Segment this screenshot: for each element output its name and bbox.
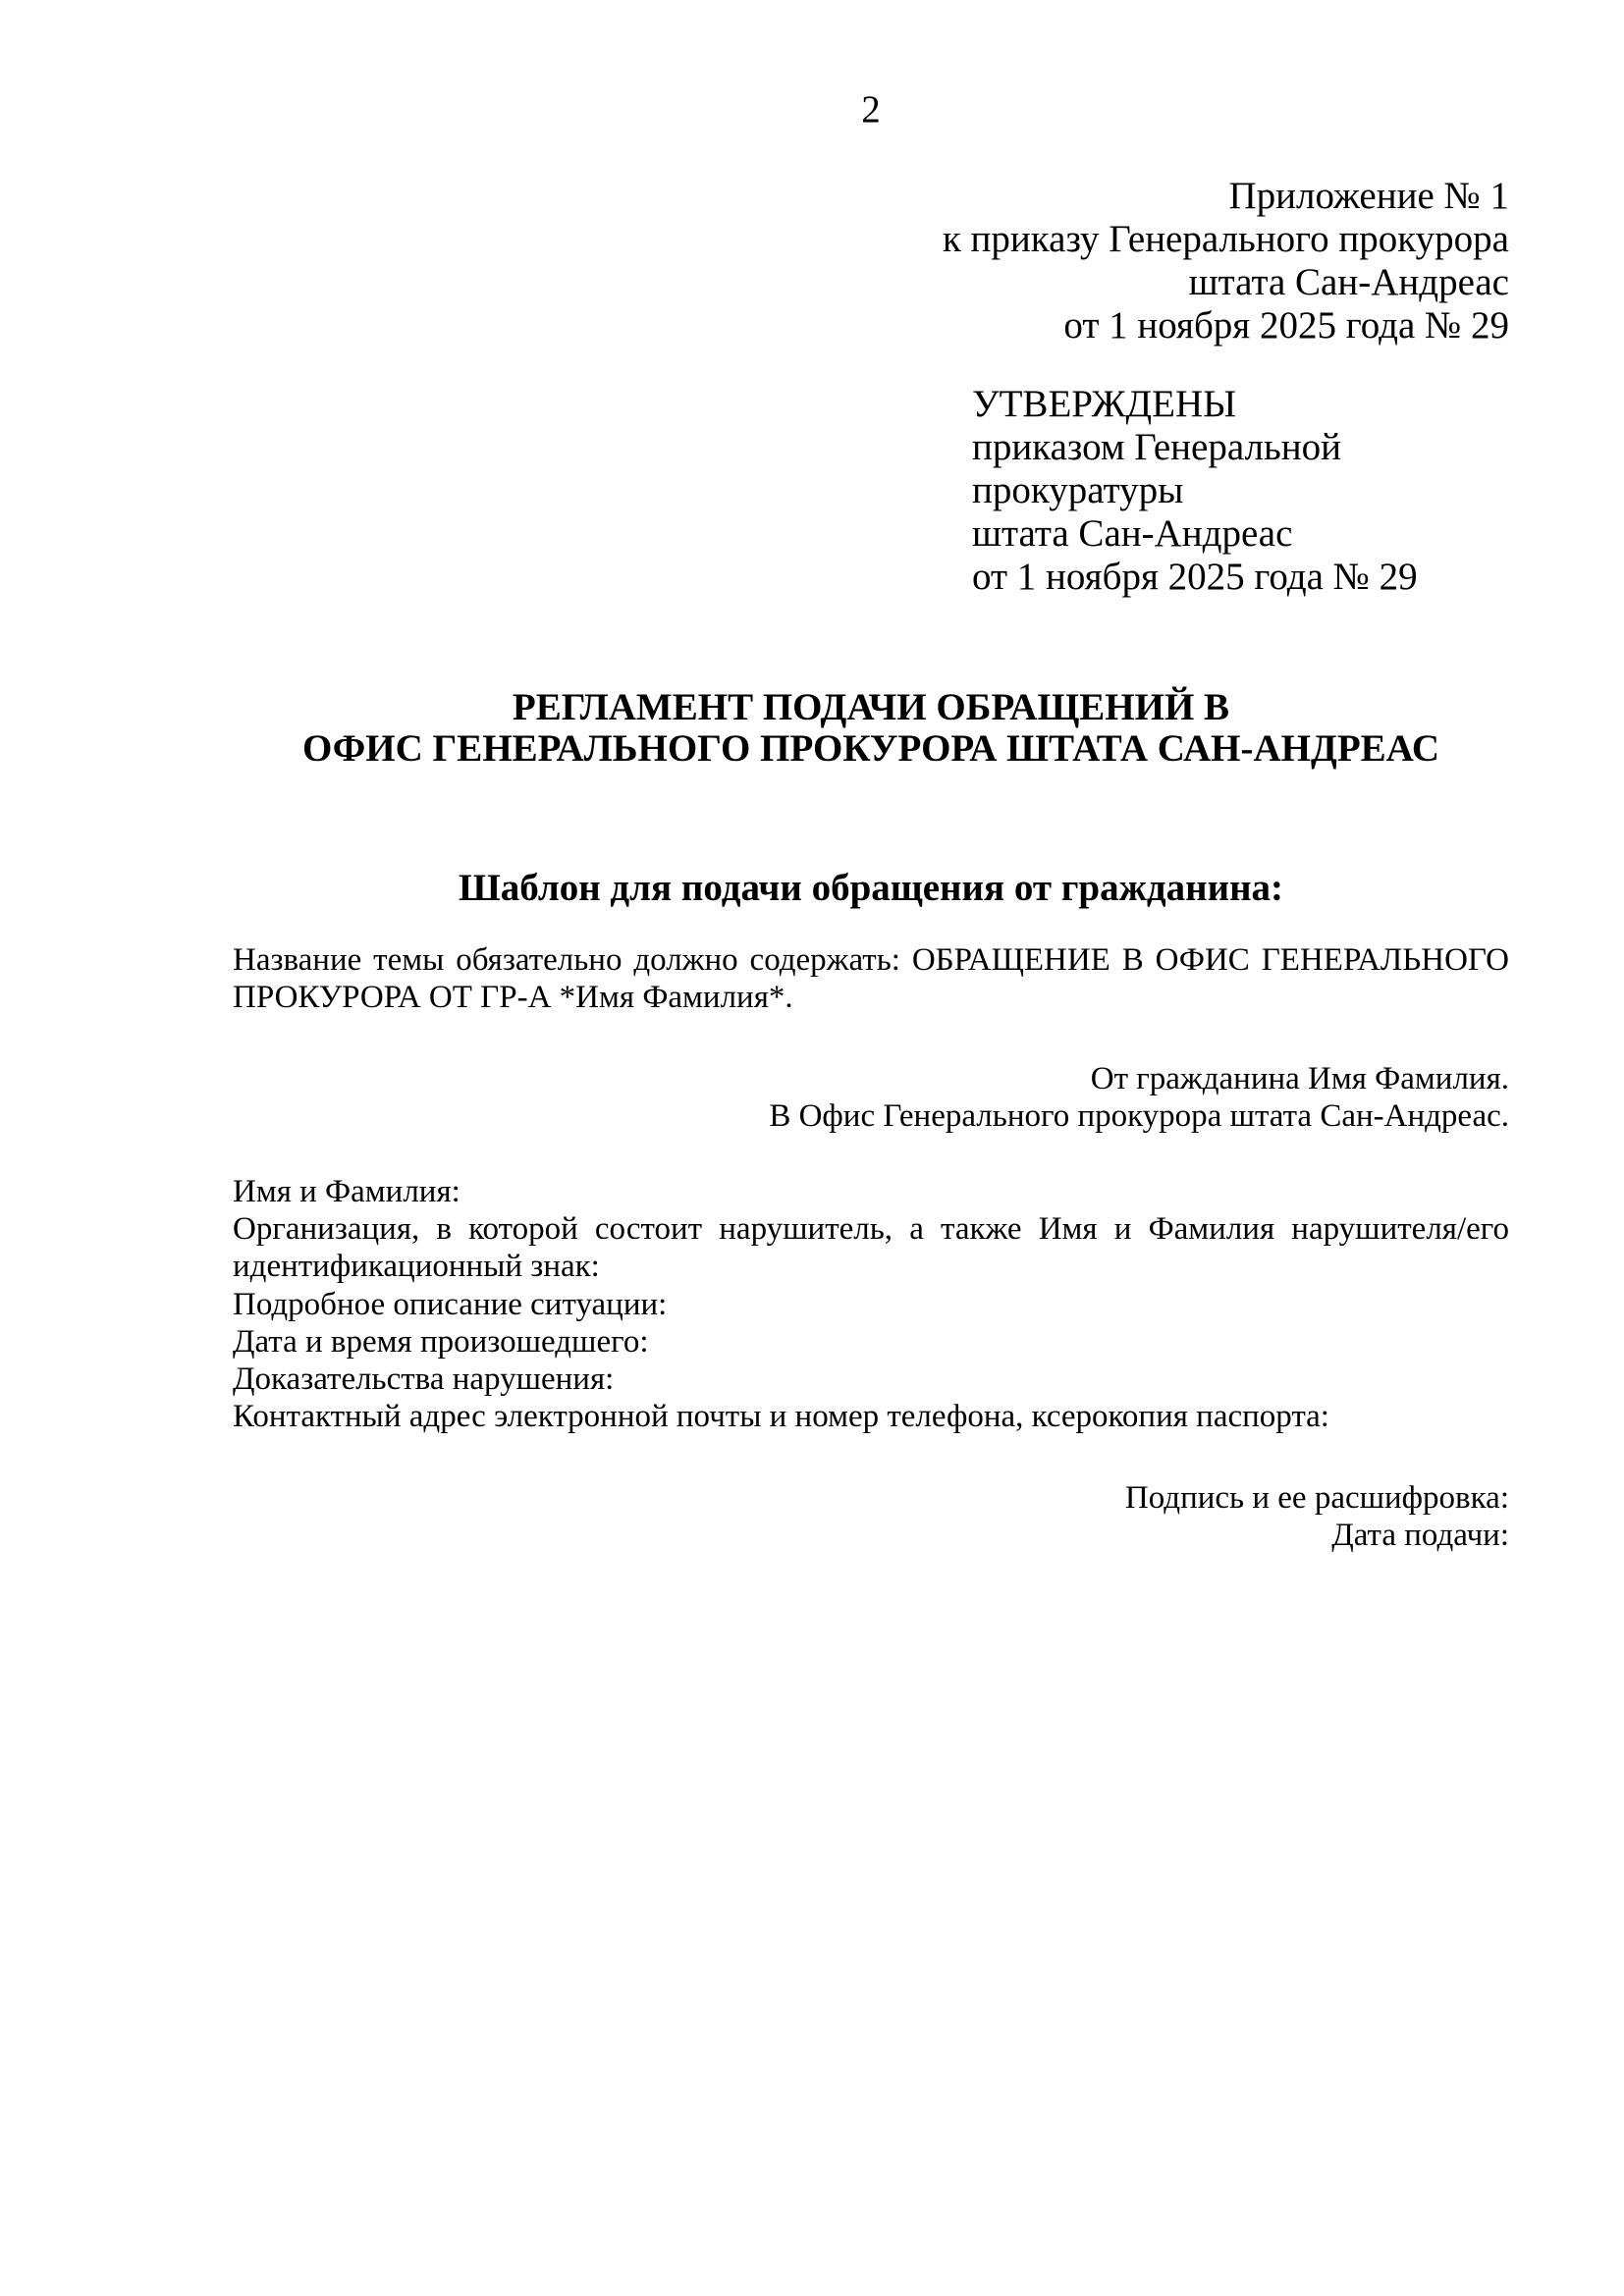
appendix-note: Приложение № 1 к приказу Генерального пр… [233,175,1509,347]
signature-line: Подпись и ее расшифровка: [233,1479,1509,1517]
document-title-line: ОФИС ГЕНЕРАЛЬНОГО ПРОКУРОРА ШТАТА САН-АН… [233,728,1509,770]
document-page: 2 Приложение № 1 к приказу Генерального … [0,0,1624,2296]
form-field-label: Контактный адрес электронной почты и ном… [233,1398,1509,1435]
appendix-note-line: штата Сан-Андреас [233,261,1509,304]
addressee-line: В Офис Генерального прокурора штата Сан-… [233,1097,1509,1135]
form-field-label: Имя и Фамилия: [233,1173,1509,1210]
form-field-label: Организация, в которой состоит нарушител… [233,1210,1509,1285]
intro-paragraph: Название темы обязательно должно содержа… [233,941,1509,1016]
form-field-label: Подробное описание ситуации: [233,1286,1509,1323]
document-title-line: РЕГЛАМЕНТ ПОДАЧИ ОБРАЩЕНИЙ В [233,687,1509,728]
section-subtitle: Шаблон для подачи обращения от гражданин… [233,867,1509,910]
addressee-block: От гражданина Имя Фамилия. В Офис Генера… [233,1060,1509,1135]
approval-note-line: УТВЕРЖДЕНЫ [972,383,1509,426]
appendix-note-line: от 1 ноября 2025 года № 29 [233,304,1509,347]
form-field-label: Дата и время произошедшего: [233,1323,1509,1361]
approval-note: УТВЕРЖДЕНЫ приказом Генеральной прокурат… [972,383,1509,599]
appendix-note-line: к приказу Генерального прокурора [233,218,1509,261]
approval-note-line: от 1 ноября 2025 года № 29 [972,556,1509,599]
approval-note-line: штата Сан-Андреас [972,512,1509,556]
form-fields: Имя и Фамилия: Организация, в которой со… [233,1173,1509,1435]
page-number: 2 [233,88,1509,132]
signature-block: Подпись и ее расшифровка: Дата подачи: [233,1479,1509,1554]
approval-note-line: приказом Генеральной прокуратуры [972,426,1509,512]
appendix-note-line: Приложение № 1 [233,175,1509,218]
form-field-label: Доказательства нарушения: [233,1361,1509,1398]
signature-line: Дата подачи: [233,1517,1509,1554]
document-title: РЕГЛАМЕНТ ПОДАЧИ ОБРАЩЕНИЙ В ОФИС ГЕНЕРА… [233,687,1509,770]
addressee-line: От гражданина Имя Фамилия. [233,1060,1509,1097]
